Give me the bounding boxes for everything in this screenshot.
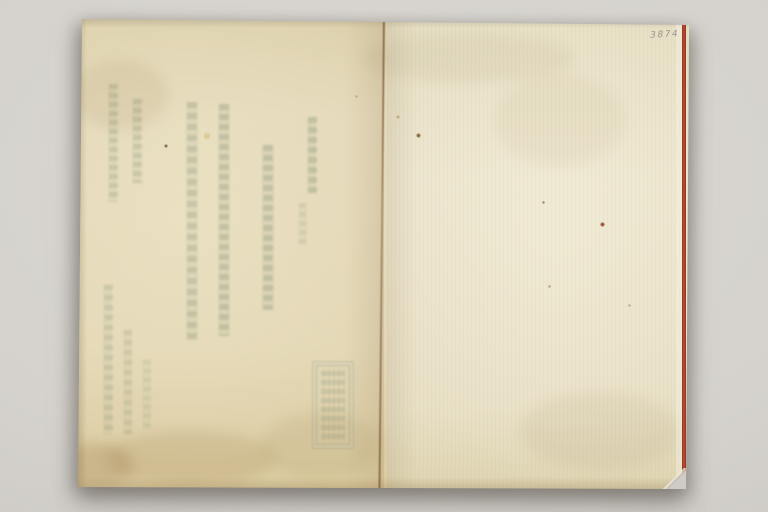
paper-stain [520,393,680,468]
foxing-spot [548,285,551,288]
foxing-spot [355,95,358,98]
paper-stain [365,34,575,82]
red-fore-edge [682,23,686,478]
open-book: 3874 [0,0,768,512]
catalog-number: 3874 [649,29,680,40]
foxing-spot [164,144,168,148]
foxing-spot [628,304,631,307]
book-pages: 3874 [0,0,768,512]
paper-stain [495,75,625,165]
foxing-spot [203,132,211,140]
photo-backdrop: 3874 [0,0,768,512]
foxing-spot [600,222,605,227]
paper-stain [59,443,134,488]
dog-ear-corner-sliver [660,468,688,491]
foxing-spot [396,115,400,119]
paper-stain [262,413,382,478]
paper-stain [73,60,168,130]
foxing-spot [416,133,421,138]
foxing-spot [542,201,545,204]
